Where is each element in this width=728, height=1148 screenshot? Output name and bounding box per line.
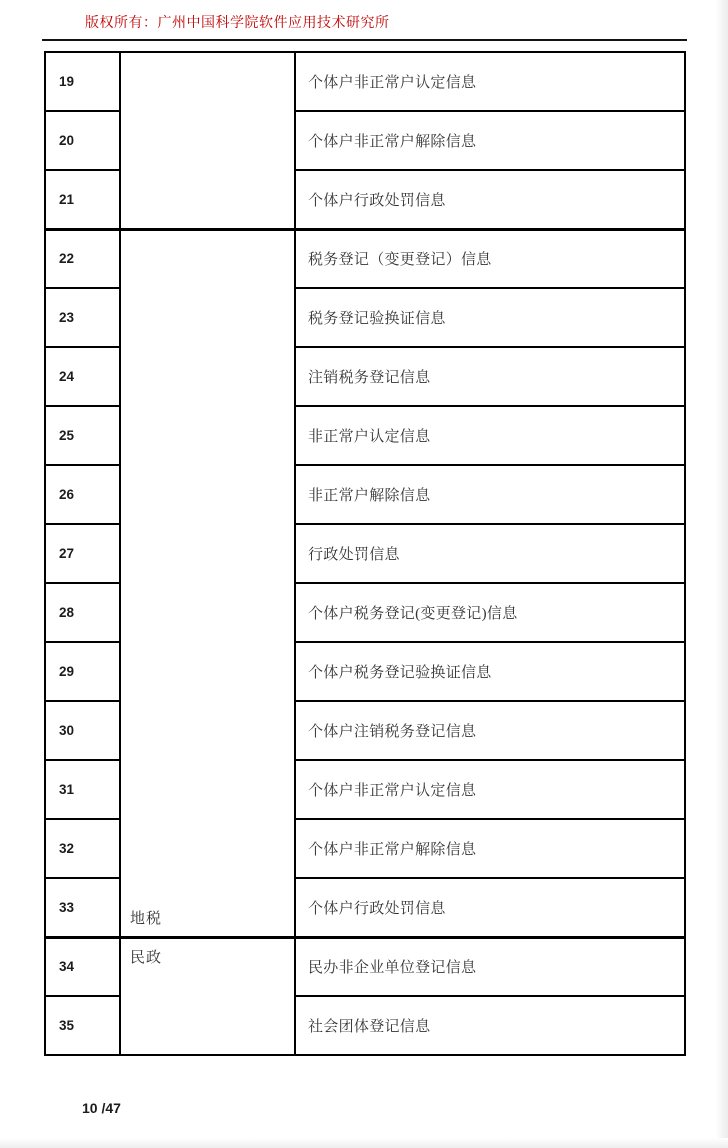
info-items-table: 19个体户非正常户认定信息20个体户非正常户解除信息21个体户行政处罚信息22地… (44, 51, 686, 1056)
department-cell (120, 52, 295, 229)
info-item-cell: 个体户非正常户解除信息 (295, 111, 685, 170)
info-item-cell: 个体户税务登记(变更登记)信息 (295, 583, 685, 642)
row-number-cell: 33 (45, 878, 120, 937)
row-number-cell: 21 (45, 170, 120, 229)
row-number-cell: 23 (45, 288, 120, 347)
header-divider-line (42, 39, 687, 41)
row-number-cell: 19 (45, 52, 120, 111)
info-item-cell: 非正常户解除信息 (295, 465, 685, 524)
page-right-edge-shadow (716, 0, 728, 1148)
department-cell: 地税 (120, 229, 295, 937)
info-item-cell: 个体户行政处罚信息 (295, 878, 685, 937)
row-number-cell: 26 (45, 465, 120, 524)
row-number-cell: 30 (45, 701, 120, 760)
row-number-cell: 32 (45, 819, 120, 878)
row-number-cell: 20 (45, 111, 120, 170)
row-number-cell: 24 (45, 347, 120, 406)
info-item-cell: 个体户非正常户解除信息 (295, 819, 685, 878)
row-number-cell: 27 (45, 524, 120, 583)
info-item-cell: 社会团体登记信息 (295, 996, 685, 1055)
row-number-cell: 28 (45, 583, 120, 642)
info-item-cell: 个体户注销税务登记信息 (295, 701, 685, 760)
row-number-cell: 31 (45, 760, 120, 819)
info-item-cell: 个体户行政处罚信息 (295, 170, 685, 229)
row-number-cell: 25 (45, 406, 120, 465)
info-item-cell: 个体户税务登记验换证信息 (295, 642, 685, 701)
department-cell: 民政 (120, 937, 295, 1055)
page-bottom-edge-shadow (0, 1138, 728, 1148)
info-item-cell: 行政处罚信息 (295, 524, 685, 583)
row-number-cell: 29 (45, 642, 120, 701)
info-item-cell: 个体户非正常户认定信息 (295, 760, 685, 819)
info-item-cell: 民办非企业单位登记信息 (295, 937, 685, 996)
table-row: 19个体户非正常户认定信息 (45, 52, 685, 111)
row-number-cell: 35 (45, 996, 120, 1055)
info-item-cell: 个体户非正常户认定信息 (295, 52, 685, 111)
info-item-cell: 税务登记验换证信息 (295, 288, 685, 347)
table-row: 34民政民办非企业单位登记信息 (45, 937, 685, 996)
info-item-cell: 非正常户认定信息 (295, 406, 685, 465)
info-item-cell: 注销税务登记信息 (295, 347, 685, 406)
table-row: 22地税税务登记（变更登记）信息 (45, 229, 685, 288)
row-number-cell: 34 (45, 937, 120, 996)
row-number-cell: 22 (45, 229, 120, 288)
info-table-body: 19个体户非正常户认定信息20个体户非正常户解除信息21个体户行政处罚信息22地… (45, 52, 685, 1055)
page-number: 10 /47 (82, 1100, 121, 1116)
copyright-header: 版权所有：广州中国科学院软件应用技术研究所 (85, 12, 390, 32)
info-item-cell: 税务登记（变更登记）信息 (295, 229, 685, 288)
